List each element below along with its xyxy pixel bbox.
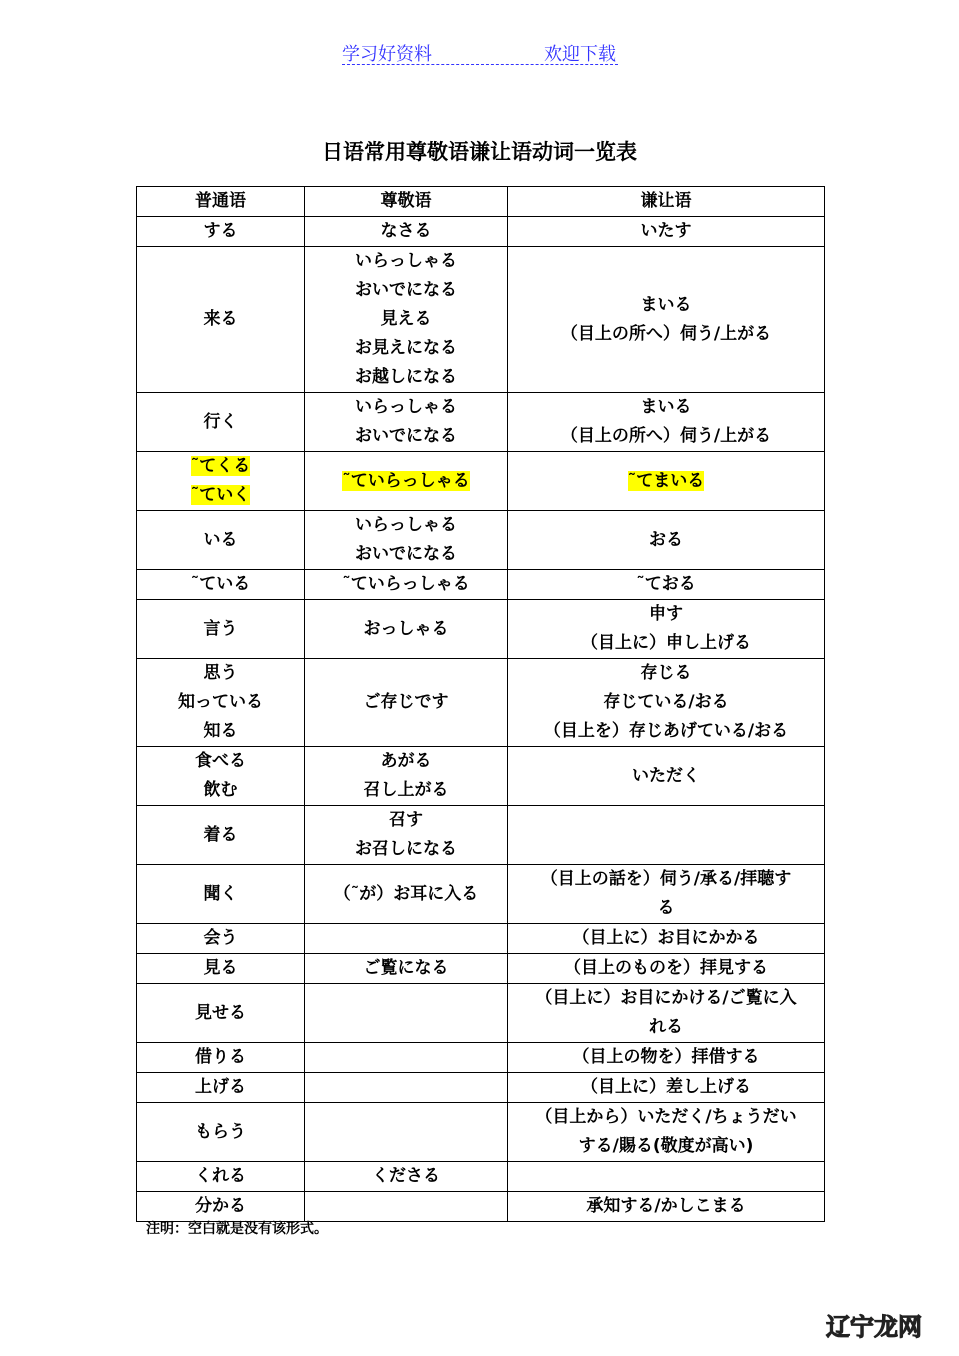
cell-respect <box>305 924 508 954</box>
cell-humble: （目上に）お目にかかる <box>508 924 825 954</box>
header-left-link[interactable]: 学习好资料 <box>342 40 432 66</box>
table-row: 思う知っている知るご存じです存じる存じている/おる（目上を）存じあげている/おる <box>137 659 825 747</box>
cell-line: する/賜る(敬度が高い) <box>508 1132 824 1161</box>
cell-line: いたす <box>508 217 824 246</box>
cell-respect: 召すお召しになる <box>305 806 508 865</box>
table-row: 見せる（目上に）お目にかける/ご覧に入れる <box>137 984 825 1043</box>
cell-humble: まいる（目上の所へ）伺う/上がる <box>508 247 825 393</box>
cell-humble: 承知する/かしこまる <box>508 1192 825 1222</box>
table-row: 着る召すお召しになる <box>137 806 825 865</box>
cell-plain: 言う <box>137 600 305 659</box>
cell-respect: なさる <box>305 217 508 247</box>
cell-line: おいでになる <box>305 540 507 569</box>
cell-plain: 見る <box>137 954 305 984</box>
cell-humble <box>508 806 825 865</box>
cell-respect: あがる召し上がる <box>305 747 508 806</box>
cell-line: 借りる <box>137 1043 304 1072</box>
table-row: ˜てくる˜ていく˜ていらっしゃる˜てまいる <box>137 452 825 511</box>
highlighted-text: ˜てくる <box>191 456 251 476</box>
cell-line: 存じる <box>508 659 824 688</box>
cell-line: ˜ておる <box>508 570 824 599</box>
cell-respect <box>305 984 508 1043</box>
honorific-verb-table: 普通语 尊敬语 谦让语 するなさるいたす来るいらっしゃるおいでになる見えるお見え… <box>136 186 825 1222</box>
table-row: いるいらっしゃるおいでになるおる <box>137 511 825 570</box>
cell-line: 食べる <box>137 747 304 776</box>
cell-line: いる <box>137 526 304 555</box>
cell-line: 上げる <box>137 1073 304 1102</box>
cell-plain: 食べる飲む <box>137 747 305 806</box>
cell-line: ご存じです <box>305 688 507 717</box>
watermark-part2: 龙网 <box>874 1313 922 1341</box>
cell-line: （目上に）お目にかける/ご覧に入 <box>508 984 824 1013</box>
cell-line: 見せる <box>137 999 304 1028</box>
cell-line: お召しになる <box>305 835 507 864</box>
cell-line: ˜ていらっしゃる <box>305 570 507 599</box>
cell-respect: ˜ていらっしゃる <box>305 452 508 511</box>
cell-line: （目上の所へ）伺う/上がる <box>508 320 824 349</box>
cell-respect: おっしゃる <box>305 600 508 659</box>
cell-line: あがる <box>305 747 507 776</box>
header-right-link[interactable]: 欢迎下载 <box>544 40 616 66</box>
cell-respect: くださる <box>305 1162 508 1192</box>
cell-line: いらっしゃる <box>305 393 507 422</box>
table-row: くれるくださる <box>137 1162 825 1192</box>
cell-respect: （˜が）お耳に入る <box>305 865 508 924</box>
cell-plain: いる <box>137 511 305 570</box>
cell-line: 言う <box>137 615 304 644</box>
cell-plain: 見せる <box>137 984 305 1043</box>
cell-humble <box>508 1162 825 1192</box>
cell-line: まいる <box>508 393 824 422</box>
cell-respect: いらっしゃるおいでになる見えるお見えになるお越しになる <box>305 247 508 393</box>
cell-line: 申す <box>508 600 824 629</box>
watermark-logo: 辽宁龙网 <box>826 1307 922 1342</box>
cell-respect: ご存じです <box>305 659 508 747</box>
cell-line: （目上に）申し上げる <box>508 629 824 658</box>
cell-humble: （目上のものを）拝見する <box>508 954 825 984</box>
cell-plain: 上げる <box>137 1073 305 1103</box>
cell-line: （目上に）差し上げる <box>508 1073 824 1102</box>
table-row: 上げる（目上に）差し上げる <box>137 1073 825 1103</box>
cell-line: （目上を）存じあげている/おる <box>508 717 824 746</box>
table-row: 行くいらっしゃるおいでになるまいる（目上の所へ）伺う/上がる <box>137 393 825 452</box>
highlighted-text: ˜てまいる <box>628 471 705 491</box>
cell-line: 見える <box>305 305 507 334</box>
cell-line: 存じている/おる <box>508 688 824 717</box>
table-row: 会う（目上に）お目にかかる <box>137 924 825 954</box>
cell-respect: ˜ていらっしゃる <box>305 570 508 600</box>
cell-line: おいでになる <box>305 276 507 305</box>
cell-line: 飲む <box>137 776 304 805</box>
table-row: ˜ている˜ていらっしゃる˜ておる <box>137 570 825 600</box>
table-row: 言うおっしゃる申す（目上に）申し上げる <box>137 600 825 659</box>
cell-humble: 申す（目上に）申し上げる <box>508 600 825 659</box>
table-row: するなさるいたす <box>137 217 825 247</box>
table-body: するなさるいたす来るいらっしゃるおいでになる見えるお見えになるお越しになるまいる… <box>137 217 825 1222</box>
cell-line: ˜てまいる <box>508 467 824 496</box>
cell-line: 見る <box>137 954 304 983</box>
table-row: 借りる（目上の物を）拝借する <box>137 1043 825 1073</box>
cell-line: （目上のものを）拝見する <box>508 954 824 983</box>
cell-humble: おる <box>508 511 825 570</box>
cell-humble: ˜ておる <box>508 570 825 600</box>
cell-humble: まいる（目上の所へ）伺う/上がる <box>508 393 825 452</box>
cell-line: （目上の所へ）伺う/上がる <box>508 422 824 451</box>
cell-line: （目上に）お目にかかる <box>508 924 824 953</box>
cell-line: 来る <box>137 305 304 334</box>
cell-humble: （目上の物を）拝借する <box>508 1043 825 1073</box>
highlighted-text: ˜ていらっしゃる <box>342 471 470 491</box>
cell-line: ˜ていく <box>137 481 304 510</box>
watermark-part1: 辽宁 <box>826 1313 874 1341</box>
cell-line: ご覧になる <box>305 954 507 983</box>
cell-line: 知る <box>137 717 304 746</box>
cell-plain: 着る <box>137 806 305 865</box>
cell-humble: （目上に）差し上げる <box>508 1073 825 1103</box>
cell-line: くれる <box>137 1162 304 1191</box>
cell-line: ˜てくる <box>137 452 304 481</box>
cell-line: いただく <box>508 762 824 791</box>
cell-line: 着る <box>137 821 304 850</box>
cell-line: 行く <box>137 408 304 437</box>
cell-line: れる <box>508 1013 824 1042</box>
cell-line: する <box>137 217 304 246</box>
cell-line: まいる <box>508 291 824 320</box>
cell-line: 承知する/かしこまる <box>508 1192 824 1221</box>
cell-line: （˜が）お耳に入る <box>305 880 507 909</box>
table-row: 食べる飲むあがる召し上がるいただく <box>137 747 825 806</box>
cell-humble: いたす <box>508 217 825 247</box>
cell-line: 分かる <box>137 1192 304 1221</box>
cell-humble: 存じる存じている/おる（目上を）存じあげている/おる <box>508 659 825 747</box>
cell-line: くださる <box>305 1162 507 1191</box>
cell-line: 聞く <box>137 880 304 909</box>
cell-plain: する <box>137 217 305 247</box>
cell-line: 会う <box>137 924 304 953</box>
cell-line: 召し上がる <box>305 776 507 805</box>
column-header-plain: 普通语 <box>137 187 305 217</box>
cell-plain: 来る <box>137 247 305 393</box>
cell-line: お見えになる <box>305 334 507 363</box>
document-title: 日语常用尊敬语谦让语动词一览表 <box>0 136 959 166</box>
table-row: 分かる承知する/かしこまる <box>137 1192 825 1222</box>
cell-plain: 聞く <box>137 865 305 924</box>
cell-line: （目上の物を）拝借する <box>508 1043 824 1072</box>
cell-respect: ご覧になる <box>305 954 508 984</box>
footnote: 注明：空白就是没有该形式。 <box>146 1218 328 1238</box>
cell-line: 思う <box>137 659 304 688</box>
cell-plain: 分かる <box>137 1192 305 1222</box>
cell-plain: ˜てくる˜ていく <box>137 452 305 511</box>
cell-line: お越しになる <box>305 363 507 392</box>
cell-plain: 借りる <box>137 1043 305 1073</box>
cell-humble: （目上から）いただく/ちょうだいする/賜る(敬度が高い) <box>508 1103 825 1162</box>
cell-plain: 会う <box>137 924 305 954</box>
cell-humble: ˜てまいる <box>508 452 825 511</box>
table-row: 聞く（˜が）お耳に入る（目上の話を）伺う/承る/拝聴する <box>137 865 825 924</box>
cell-plain: 行く <box>137 393 305 452</box>
cell-line: いらっしゃる <box>305 511 507 540</box>
cell-line: ˜ていらっしゃる <box>305 467 507 496</box>
cell-plain: もらう <box>137 1103 305 1162</box>
header-banner[interactable]: 学习好资料 欢迎下载 <box>342 40 618 65</box>
cell-line: る <box>508 894 824 923</box>
cell-respect: いらっしゃるおいでになる <box>305 511 508 570</box>
cell-line: おる <box>508 526 824 555</box>
cell-line: （目上の話を）伺う/承る/拝聴す <box>508 865 824 894</box>
cell-line: ˜ている <box>137 570 304 599</box>
table-row: 見るご覧になる（目上のものを）拝見する <box>137 954 825 984</box>
cell-respect: いらっしゃるおいでになる <box>305 393 508 452</box>
table-header-row: 普通语 尊敬语 谦让语 <box>137 187 825 217</box>
cell-line: 召す <box>305 806 507 835</box>
cell-humble: （目上の話を）伺う/承る/拝聴する <box>508 865 825 924</box>
cell-respect <box>305 1073 508 1103</box>
table-row: 来るいらっしゃるおいでになる見えるお見えになるお越しになるまいる（目上の所へ）伺… <box>137 247 825 393</box>
column-header-respect: 尊敬语 <box>305 187 508 217</box>
cell-respect <box>305 1103 508 1162</box>
cell-humble: いただく <box>508 747 825 806</box>
cell-line: なさる <box>305 217 507 246</box>
cell-line: （目上から）いただく/ちょうだい <box>508 1103 824 1132</box>
cell-plain: 思う知っている知る <box>137 659 305 747</box>
cell-line: おっしゃる <box>305 615 507 644</box>
column-header-humble: 谦让语 <box>508 187 825 217</box>
table-row: もらう（目上から）いただく/ちょうだいする/賜る(敬度が高い) <box>137 1103 825 1162</box>
cell-respect <box>305 1192 508 1222</box>
cell-line: もらう <box>137 1118 304 1147</box>
cell-respect <box>305 1043 508 1073</box>
cell-humble: （目上に）お目にかける/ご覧に入れる <box>508 984 825 1043</box>
highlighted-text: ˜ていく <box>191 485 251 505</box>
cell-line: おいでになる <box>305 422 507 451</box>
cell-line: 知っている <box>137 688 304 717</box>
cell-line: いらっしゃる <box>305 247 507 276</box>
cell-plain: くれる <box>137 1162 305 1192</box>
cell-plain: ˜ている <box>137 570 305 600</box>
